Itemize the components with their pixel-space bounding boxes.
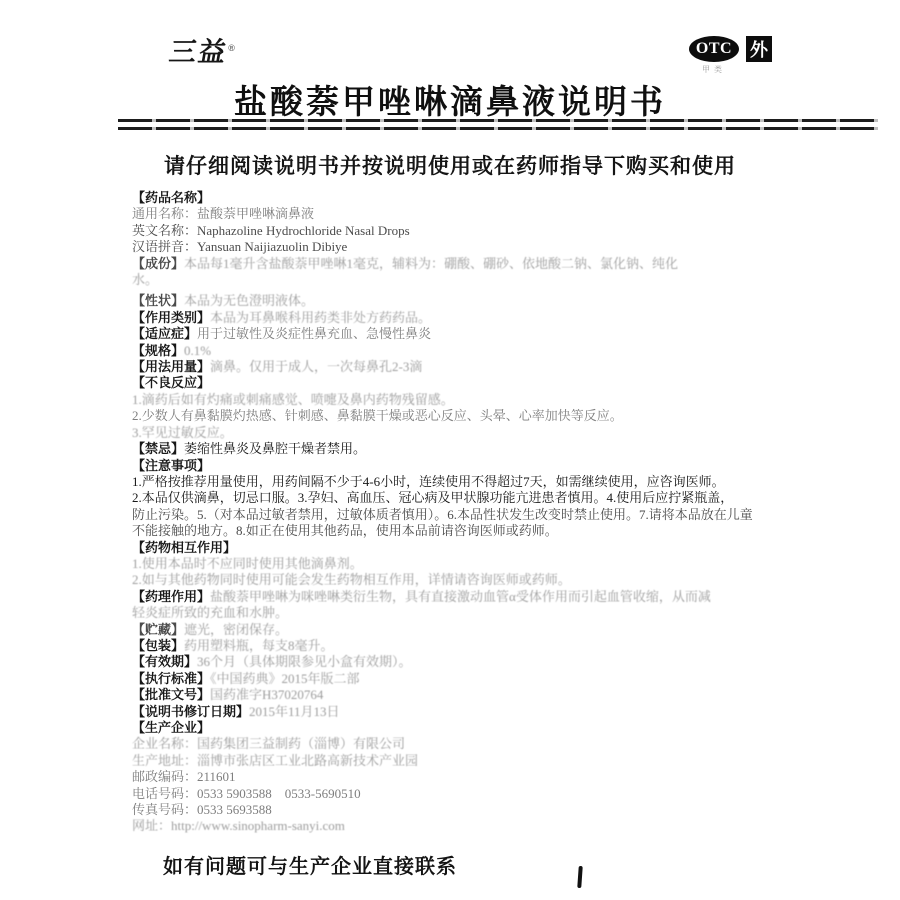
- doc-line: 英文名称：Naphazoline Hydrochloride Nasal Dro…: [132, 223, 780, 239]
- doc-line: 通用名称：盐酸萘甲唑啉滴鼻液: [132, 206, 780, 222]
- section-text: 英文名称：Naphazoline Hydrochloride Nasal Dro…: [132, 223, 410, 238]
- doc-line: 2.少数人有鼻黏膜灼热感、针刺感、鼻黏膜干燥或恶心反应、头晕、心率加快等反应。: [132, 408, 780, 424]
- section-label: 【用法用量】: [132, 359, 210, 374]
- section-label: 【注意事项】: [132, 458, 210, 473]
- doc-line: 【执行标准】《中国药典》2015年版二部: [132, 671, 780, 687]
- section-label: 【贮藏】: [132, 622, 184, 637]
- section-text: 本品每1毫升含盐酸萘甲唑啉1毫克，辅料为：硼酸、硼砂、依地酸二钠、氯化钠、纯化: [184, 256, 678, 271]
- section-label: 【有效期】: [132, 654, 197, 669]
- doc-line: 1.严格按推荐用量使用，用药间隔不少于4-6小时，连续使用不得超过7天，如需继续…: [132, 474, 780, 490]
- section-label: 【批准文号】: [132, 687, 210, 702]
- section-text: 传真号码：0533 5693588: [132, 802, 272, 817]
- doc-line: 1.使用本品时不应同时使用其他滴鼻剂。: [132, 556, 780, 572]
- section-text: 水。: [132, 272, 158, 287]
- section-label: 【药理作用】: [132, 589, 210, 604]
- doc-line: 轻炎症所致的充血和水肿。: [132, 605, 780, 621]
- doc-line: 电话号码：0533 5903588 0533-5690510: [132, 786, 780, 802]
- section-text: 1.使用本品时不应同时使用其他滴鼻剂。: [132, 556, 363, 571]
- doc-line: 防止污染。5.（对本品过敏者禁用，过敏体质者慎用）。6.本品性状发生改变时禁止使…: [132, 507, 780, 523]
- doc-line: 【包装】药用塑料瓶，每支8毫升。: [132, 638, 780, 654]
- section-text: 汉语拼音：Yansuan Naijiazuolin Dibiye: [132, 239, 347, 254]
- otc-badge-group: OTC 甲类: [689, 36, 739, 75]
- section-text: 36个月（具体期限参见小盒有效期）。: [197, 654, 412, 669]
- registered-trademark-icon: ®: [228, 43, 237, 53]
- section-label: 【药物相互作用】: [132, 540, 236, 555]
- footer-contact-note: 如有问题可与生产企业直接联系: [163, 850, 457, 879]
- doc-line: 汉语拼音：Yansuan Naijiazuolin Dibiye: [132, 239, 780, 255]
- section-label: 【不良反应】: [132, 375, 210, 390]
- doc-line: 【生产企业】: [132, 720, 780, 736]
- section-text: 萎缩性鼻炎及鼻腔干燥者禁用。: [184, 441, 366, 456]
- doc-line: 【药物相互作用】: [132, 540, 780, 556]
- section-text: 2.如与其他药物同时使用可能会发生药物相互作用，详情请咨询医师或药师。: [132, 572, 571, 587]
- section-text: 滴鼻。仅用于成人，一次每鼻孔2-3滴: [210, 359, 422, 374]
- doc-line: 【作用类别】本品为耳鼻喉科用药类非处方药药品。: [132, 310, 780, 326]
- doc-line: 1.滴药后如有灼痛或刺痛感觉、喷嚏及鼻内药物残留感。: [132, 392, 780, 408]
- section-text: 不能接触的地方。8.如正在使用其他药品，使用本品前请咨询医师或药师。: [132, 523, 558, 538]
- section-label: 【生产企业】: [132, 720, 210, 735]
- external-use-badge: 外: [746, 36, 772, 62]
- section-text: 遮光，密闭保存。: [184, 622, 288, 637]
- leaflet-body: 【药品名称】通用名称：盐酸萘甲唑啉滴鼻液英文名称：Naphazoline Hyd…: [132, 190, 780, 835]
- section-text: 本品为耳鼻喉科用药类非处方药药品。: [210, 310, 431, 325]
- section-text: 1.严格按推荐用量使用，用药间隔不少于4-6小时，连续使用不得超过7天，如需继续…: [132, 474, 725, 489]
- doc-line: 2.如与其他药物同时使用可能会发生药物相互作用，详情请咨询医师或药师。: [132, 572, 780, 588]
- doc-line: 【贮藏】遮光，密闭保存。: [132, 622, 780, 638]
- usage-notice: 请仔细阅读说明书并按说明使用或在药师指导下购买和使用: [70, 150, 830, 180]
- doc-line: 2.本品仅供滴鼻，切忌口服。3.孕妇、高血压、冠心病及甲状腺功能亢进患者慎用。4…: [132, 490, 780, 506]
- section-text: 《中国药典》2015年版二部: [210, 671, 360, 686]
- section-text: 企业名称：国药集团三益制药（淄博）有限公司: [132, 736, 405, 751]
- classification-badges: OTC 甲类 外: [689, 36, 772, 75]
- section-label: 【作用类别】: [132, 310, 210, 325]
- doc-line: 【注意事项】: [132, 458, 780, 474]
- title-divider-top: [118, 119, 878, 122]
- doc-line: 网址：http://www.sinopharm-sanyi.com: [132, 818, 780, 834]
- doc-line: 【说明书修订日期】2015年11月13日: [132, 704, 780, 720]
- doc-line: 【不良反应】: [132, 375, 780, 391]
- section-label: 【成份】: [132, 256, 184, 271]
- doc-line: 【成份】本品每1毫升含盐酸萘甲唑啉1毫克，辅料为：硼酸、硼砂、依地酸二钠、氯化钠…: [132, 256, 780, 272]
- doc-line: 【规格】0.1%: [132, 343, 780, 359]
- section-text: 生产地址：淄博市张店区工业北路高新技术产业园: [132, 753, 418, 768]
- doc-line: 传真号码：0533 5693588: [132, 802, 780, 818]
- scan-ink-artifact: [577, 866, 583, 888]
- section-text: 药用塑料瓶，每支8毫升。: [184, 638, 334, 653]
- doc-line: 【性状】本品为无色澄明液体。: [132, 293, 780, 309]
- section-label: 【说明书修订日期】: [132, 704, 249, 719]
- doc-line: 【有效期】36个月（具体期限参见小盒有效期）。: [132, 654, 780, 670]
- section-label: 【执行标准】: [132, 671, 210, 686]
- doc-line: 【用法用量】滴鼻。仅用于成人，一次每鼻孔2-3滴: [132, 359, 780, 375]
- section-text: 2.少数人有鼻黏膜灼热感、针刺感、鼻黏膜干燥或恶心反应、头晕、心率加快等反应。: [132, 408, 623, 423]
- section-text: 邮政编码：211601: [132, 769, 236, 784]
- section-text: 国药准字H37020764: [210, 687, 323, 702]
- doc-line: 生产地址：淄博市张店区工业北路高新技术产业园: [132, 753, 780, 769]
- section-label: 【性状】: [132, 293, 184, 308]
- section-text: 轻炎症所致的充血和水肿。: [132, 605, 288, 620]
- section-label: 【包装】: [132, 638, 184, 653]
- section-text: 防止污染。5.（对本品过敏者禁用，过敏体质者慎用）。6.本品性状发生改变时禁止使…: [132, 507, 753, 522]
- section-text: 2.本品仅供滴鼻，切忌口服。3.孕妇、高血压、冠心病及甲状腺功能亢进患者慎用。4…: [132, 490, 733, 505]
- section-label: 【禁忌】: [132, 441, 184, 456]
- doc-line: 邮政编码：211601: [132, 769, 780, 785]
- otc-badge: OTC: [689, 36, 739, 62]
- doc-line: 不能接触的地方。8.如正在使用其他药品，使用本品前请咨询医师或药师。: [132, 523, 780, 539]
- doc-line: 企业名称：国药集团三益制药（淄博）有限公司: [132, 736, 780, 752]
- scanned-leaflet-page: 三益® OTC 甲类 外 盐酸萘甲唑啉滴鼻液说明书 请仔细阅读说明书并按说明使用…: [0, 0, 900, 900]
- section-text: 电话号码：0533 5903588 0533-5690510: [132, 786, 361, 801]
- section-text: 2015年11月13日: [249, 704, 340, 719]
- doc-line: 【批准文号】国药准字H37020764: [132, 687, 780, 703]
- section-text: 盐酸萘甲唑啉为咪唑啉类衍生物，具有直接激动血管α受体作用而引起血管收缩，从而减: [210, 589, 711, 604]
- doc-line: 【药品名称】: [132, 190, 780, 206]
- section-label: 【规格】: [132, 343, 184, 358]
- title-divider-bottom: [118, 127, 878, 130]
- section-text: 1.滴药后如有灼痛或刺痛感觉、喷嚏及鼻内药物残留感。: [132, 392, 454, 407]
- section-label: 【适应症】: [132, 326, 197, 341]
- doc-line: 【药理作用】盐酸萘甲唑啉为咪唑啉类衍生物，具有直接激动血管α受体作用而引起血管收…: [132, 589, 780, 605]
- doc-line: 3.罕见过敏反应。: [132, 425, 780, 441]
- section-text: 0.1%: [184, 343, 211, 358]
- otc-class-label: 甲类: [702, 64, 726, 75]
- doc-line: 【适应症】用于过敏性及炎症性鼻充血、急慢性鼻炎: [132, 326, 780, 342]
- doc-line: 【禁忌】萎缩性鼻炎及鼻腔干燥者禁用。: [132, 441, 780, 457]
- brand-logo: 三益®: [167, 30, 241, 69]
- section-text: 3.罕见过敏反应。: [132, 425, 233, 440]
- document-title: 盐酸萘甲唑啉滴鼻液说明书: [70, 76, 830, 123]
- section-label: 【药品名称】: [132, 190, 210, 205]
- section-text: 网址：http://www.sinopharm-sanyi.com: [132, 818, 345, 833]
- brand-logo-text: 三益: [167, 37, 230, 67]
- doc-line: 水。: [132, 272, 780, 288]
- section-text: 通用名称：盐酸萘甲唑啉滴鼻液: [132, 206, 314, 221]
- section-text: 用于过敏性及炎症性鼻充血、急慢性鼻炎: [197, 326, 431, 341]
- section-text: 本品为无色澄明液体。: [184, 293, 314, 308]
